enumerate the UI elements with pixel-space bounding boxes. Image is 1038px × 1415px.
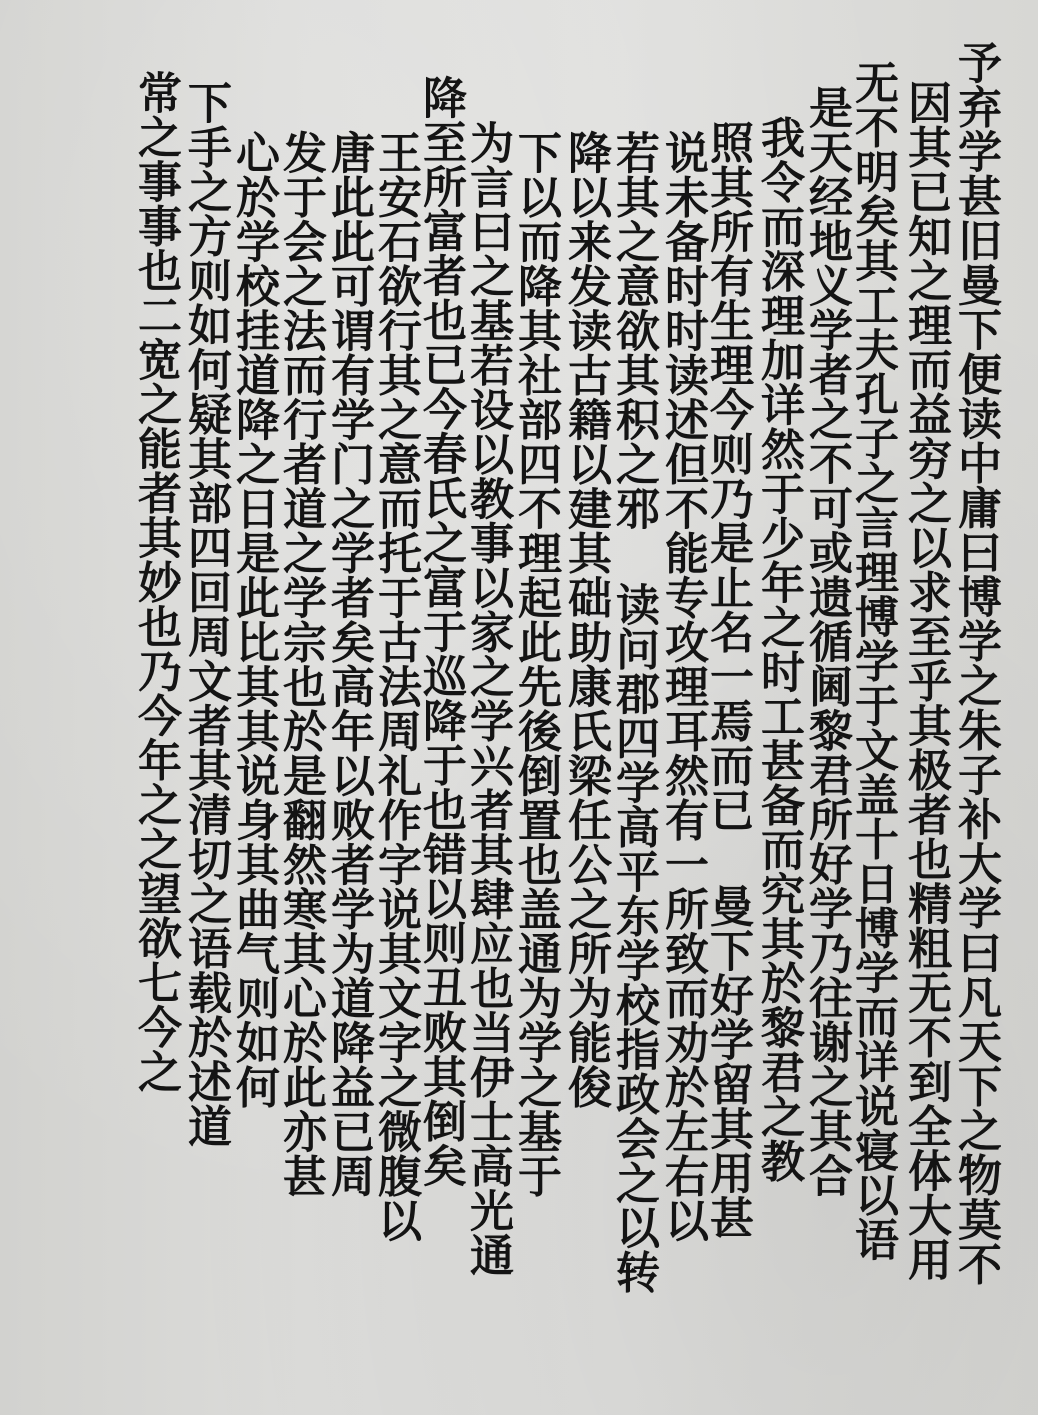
manuscript-column: 王安石欲行其之意而托于古法周礼作字说其文字之微腹以 [373,130,417,1243]
manuscript-column: 予弃学甚旧曼下便读中庸曰博学之朱子补大学曰凡天下之物莫不 [953,40,997,1286]
manuscript-page: 予弃学甚旧曼下便读中庸曰博学之朱子补大学曰凡天下之物莫不 因其已知之理而益穷之以… [0,0,1038,1415]
manuscript-column: 是天经地义学者之不可或遗循阃黎君所好学乃往谢之其合 [804,85,848,1198]
manuscript-column: 因其已知之理而益穷之以求至乎其极者也精粗无不到全体大用 [903,80,947,1282]
manuscript-column: 照其所有生理今则乃是止名一焉而已 曼下好学留其用甚 [705,120,749,1240]
manuscript-column: 降至所富者也已今春氏之富于巡降于也错以则丑败其倒矣 [418,75,462,1188]
manuscript-column: 下以而降其社部四不理起此先後倒置也盖通为学之基于 [513,130,557,1198]
manuscript-column: 为言曰之基若设以教事以家之学兴者其肆应也当伊士高光通 [465,120,509,1277]
manuscript-column: 唐此此可谓有学门之学者矣高年以败者学为道降益已周 [326,130,370,1198]
manuscript-column: 发于会之法而行者道之学宗也於是翻然寒其心於此亦甚 [278,130,322,1198]
manuscript-column: 下手之方则如何疑其部四回周文者其清切之语载於述道 [183,80,227,1148]
manuscript-column: 心於学校挂道降之日是此比其其说身其曲气则如何 [231,130,275,1109]
manuscript-column: 降以来发读古籍以建其础助康氏梁任公之所为能俊 [563,130,607,1109]
manuscript-column: 我令而深理加详然于少年之时工甚备而究其於黎君之教 [756,115,800,1183]
manuscript-column: 若其之意欲其积之邪 读问郡四学高平东学校指政会之以转 [611,130,655,1294]
manuscript-column: 常之事事也二宽之能者其妙也乃今年之之望欲七今之 [133,70,177,1094]
manuscript-column: 说未备时时读述但不能专攻理耳然有一所致而劝於左右以 [660,130,704,1243]
manuscript-column: 无不明矣其工夫孔子之言理博学于文盖十日博学而详说寝以语 [850,60,894,1262]
